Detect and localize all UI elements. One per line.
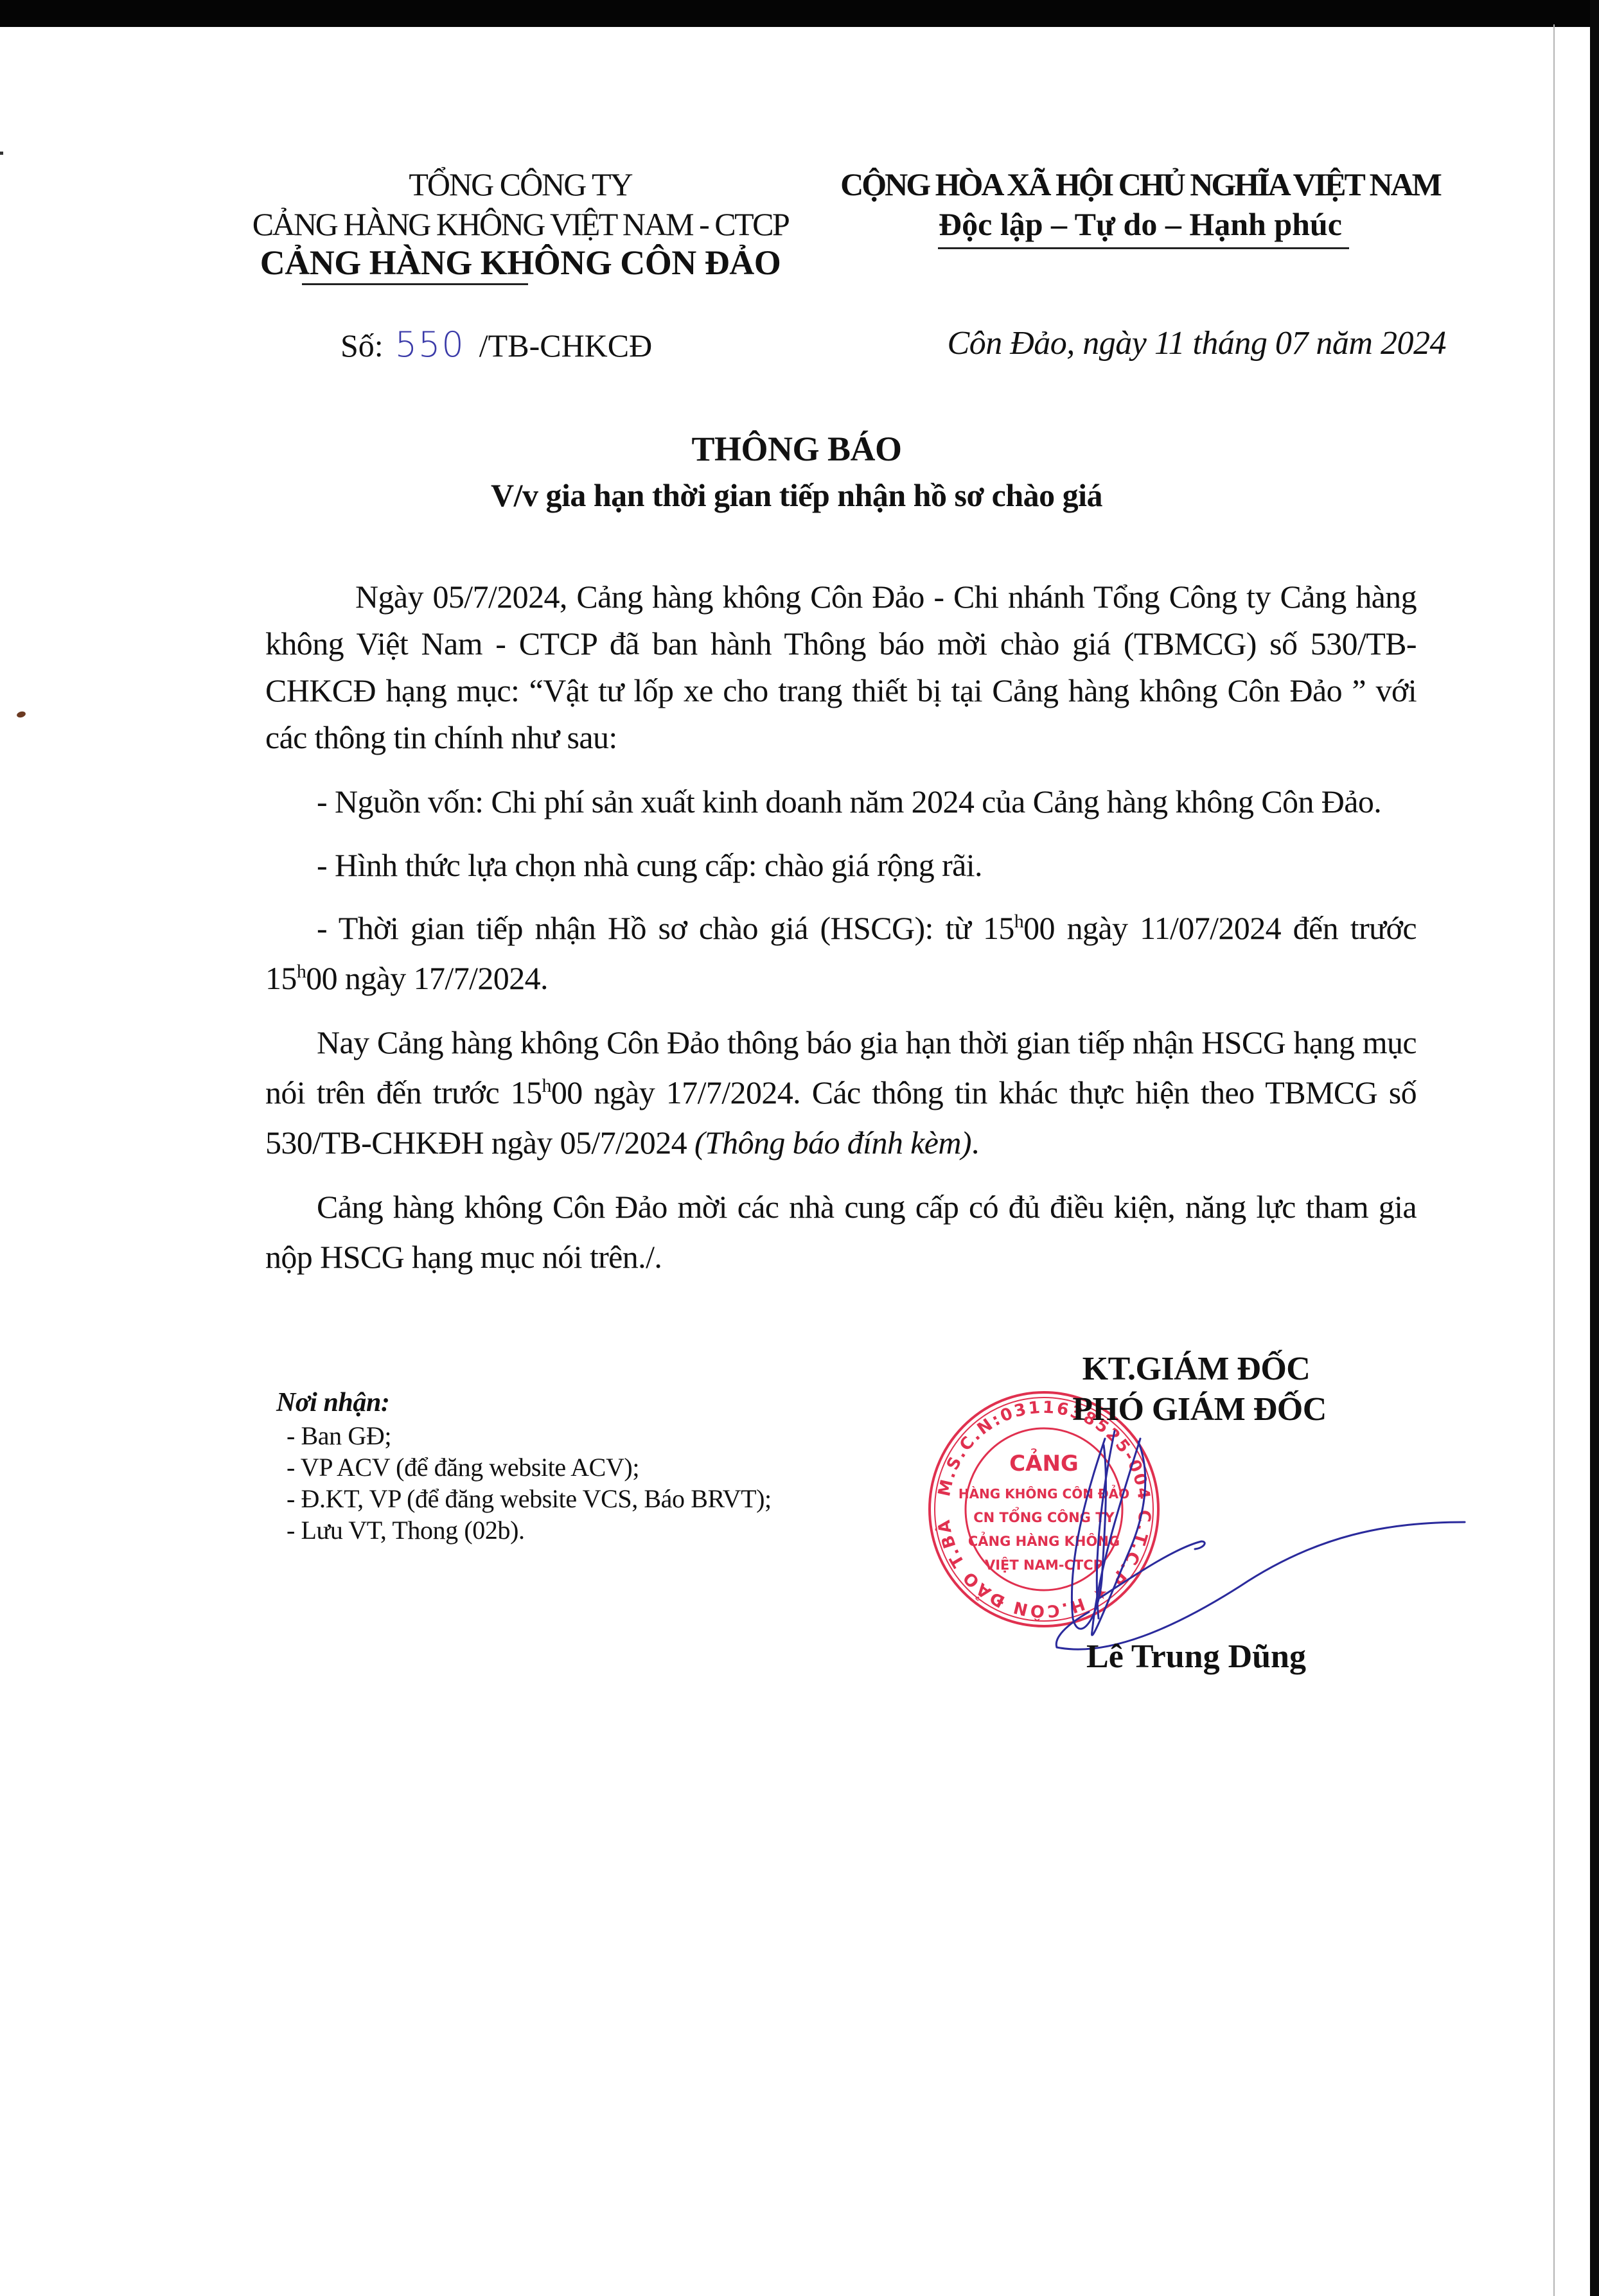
signature-authority: KT.GIÁM ĐỐC: [1082, 1350, 1311, 1388]
document-number: Số:550/TB-CHKCĐ: [340, 324, 652, 365]
parent-org-line2: CẢNG HÀNG KHÔNG VIỆT NAM - CTCP: [252, 206, 789, 243]
body-bullet-selection-method: - Hình thức lựa chọn nhà cung cấp: chào …: [265, 842, 1417, 889]
scan-fold-line: [1553, 24, 1555, 2296]
document-body: Ngày 05/7/2024, Cảng hàng không Côn Đảo …: [265, 574, 1417, 1282]
body-paragraph-extension: Nay Cảng hàng không Côn Đảo thông báo gi…: [265, 1017, 1417, 1168]
national-motto: Độc lập – Tự do – Hạnh phúc: [939, 206, 1342, 243]
attachment-note: (Thông báo đính kèm): [694, 1125, 971, 1161]
document-number-handwritten: 550: [395, 324, 465, 365]
body-paragraph-intro: Ngày 05/7/2024, Cảng hàng không Côn Đảo …: [265, 574, 1417, 761]
body-paragraph-invitation: Cảng hàng không Côn Đảo mời các nhà cung…: [265, 1182, 1417, 1282]
recipient-item: - Lưu VT, Thong (02b).: [276, 1514, 772, 1546]
parent-org-line1: TỔNG CÔNG TY: [409, 166, 632, 203]
signature-title: PHÓ GIÁM ĐỐC: [1072, 1390, 1327, 1428]
recipient-item: - Đ.KT, VP (để đăng website VCS, Báo BRV…: [276, 1483, 772, 1514]
issuing-org-underline: [302, 283, 528, 285]
document-subject: V/v gia hạn thời gian tiếp nhận hồ sơ ch…: [491, 477, 1102, 514]
scan-speck: [16, 710, 26, 718]
superscript: h: [542, 1075, 551, 1096]
handwritten-signature: [1028, 1426, 1490, 1657]
body-bullet-receipt-time: - Thời gian tiếp nhận Hồ sơ chào giá (HS…: [265, 903, 1417, 1003]
text-fragment: .: [971, 1125, 979, 1161]
body-bullet-funding: - Nguồn vốn: Chi phí sản xuất kinh doanh…: [265, 775, 1417, 828]
scan-border-right: [1590, 0, 1599, 2296]
document-number-prefix: Số:: [340, 328, 384, 364]
national-motto-underline: [938, 247, 1349, 249]
superscript: h: [297, 961, 306, 982]
text-fragment: 00 ngày 17/7/2024.: [306, 960, 548, 996]
recipients-block: Nơi nhận: - Ban GĐ; - VP ACV (để đăng we…: [276, 1387, 772, 1546]
recipient-item: - VP ACV (để đăng website ACV);: [276, 1451, 772, 1483]
document-title: THÔNG BÁO: [691, 429, 901, 469]
signatory-name: Lê Trung Dũng: [1086, 1638, 1306, 1676]
recipients-title: Nơi nhận:: [276, 1387, 772, 1419]
scan-speck: [0, 152, 3, 155]
document-number-suffix: /TB-CHKCĐ: [479, 328, 652, 364]
issuing-org: CẢNG HÀNG KHÔNG CÔN ĐẢO: [260, 243, 781, 283]
place-date: Côn Đảo, ngày 11 tháng 07 năm 2024: [948, 324, 1446, 362]
scan-border-top: [0, 0, 1599, 27]
recipient-item: - Ban GĐ;: [276, 1420, 772, 1451]
text-fragment: - Thời gian tiếp nhận Hồ sơ chào giá (HS…: [317, 910, 1014, 946]
national-title: CỘNG HÒA XÃ HỘI CHỦ NGHĨA VIỆT NAM: [840, 166, 1440, 203]
superscript: h: [1014, 911, 1023, 932]
